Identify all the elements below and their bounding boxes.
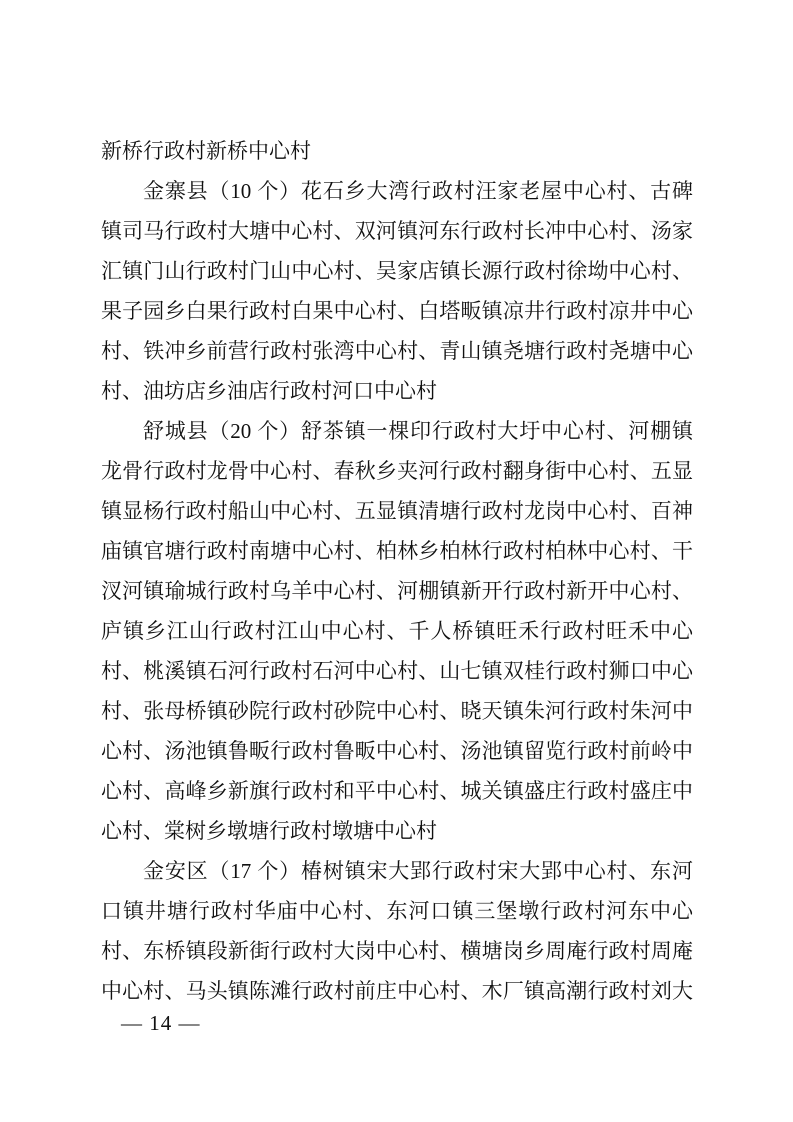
text-line: 汊河镇瑜城行政村乌羊中心村、河棚镇新开行政村新开中心村、: [101, 571, 693, 611]
text-line: 心村、棠树乡墩塘行政村墩塘中心村: [101, 811, 693, 851]
document-page: 新桥行政村新桥中心村金寨县（10 个）花石乡大湾行政村汪家老屋中心村、古碑镇司马…: [0, 0, 793, 1122]
text-line: 庐镇乡江山行政村江山中心村、千人桥镇旺禾行政村旺禾中心: [101, 611, 693, 651]
text-line: 金寨县（10 个）花石乡大湾行政村汪家老屋中心村、古碑: [101, 171, 693, 211]
text-line: 村、桃溪镇石河行政村石河中心村、山七镇双桂行政村狮口中心: [101, 651, 693, 691]
text-line: 汇镇门山行政村门山中心村、吴家店镇长源行政村徐坳中心村、: [101, 251, 693, 291]
text-body: 新桥行政村新桥中心村金寨县（10 个）花石乡大湾行政村汪家老屋中心村、古碑镇司马…: [101, 131, 693, 1011]
text-line: 舒城县（20 个）舒茶镇一棵印行政村大圩中心村、河棚镇: [101, 411, 693, 451]
text-line: 心村、汤池镇鲁畈行政村鲁畈中心村、汤池镇留览行政村前岭中: [101, 731, 693, 771]
text-line: 金安区（17 个）椿树镇宋大郢行政村宋大郢中心村、东河: [101, 851, 693, 891]
text-line: 镇司马行政村大塘中心村、双河镇河东行政村长冲中心村、汤家: [101, 211, 693, 251]
text-line: 口镇井塘行政村华庙中心村、东河口镇三堡墩行政村河东中心: [101, 891, 693, 931]
text-line: 庙镇官塘行政村南塘中心村、柏林乡柏林行政村柏林中心村、干: [101, 531, 693, 571]
text-line: 镇显杨行政村船山中心村、五显镇清塘行政村龙岗中心村、百神: [101, 491, 693, 531]
text-line: 果子园乡白果行政村白果中心村、白塔畈镇凉井行政村凉井中心: [101, 291, 693, 331]
text-line: 村、东桥镇段新街行政村大岗中心村、横塘岗乡周庵行政村周庵: [101, 931, 693, 971]
page-number: — 14 —: [121, 1003, 201, 1043]
text-line: 新桥行政村新桥中心村: [101, 131, 693, 171]
text-line: 心村、高峰乡新旗行政村和平中心村、城关镇盛庄行政村盛庄中: [101, 771, 693, 811]
text-line: 村、油坊店乡油店行政村河口中心村: [101, 371, 693, 411]
text-line: 村、张母桥镇砂院行政村砂院中心村、晓天镇朱河行政村朱河中: [101, 691, 693, 731]
text-line: 村、铁冲乡前营行政村张湾中心村、青山镇尧塘行政村尧塘中心: [101, 331, 693, 371]
text-line: 龙骨行政村龙骨中心村、春秋乡夹河行政村翻身街中心村、五显: [101, 451, 693, 491]
